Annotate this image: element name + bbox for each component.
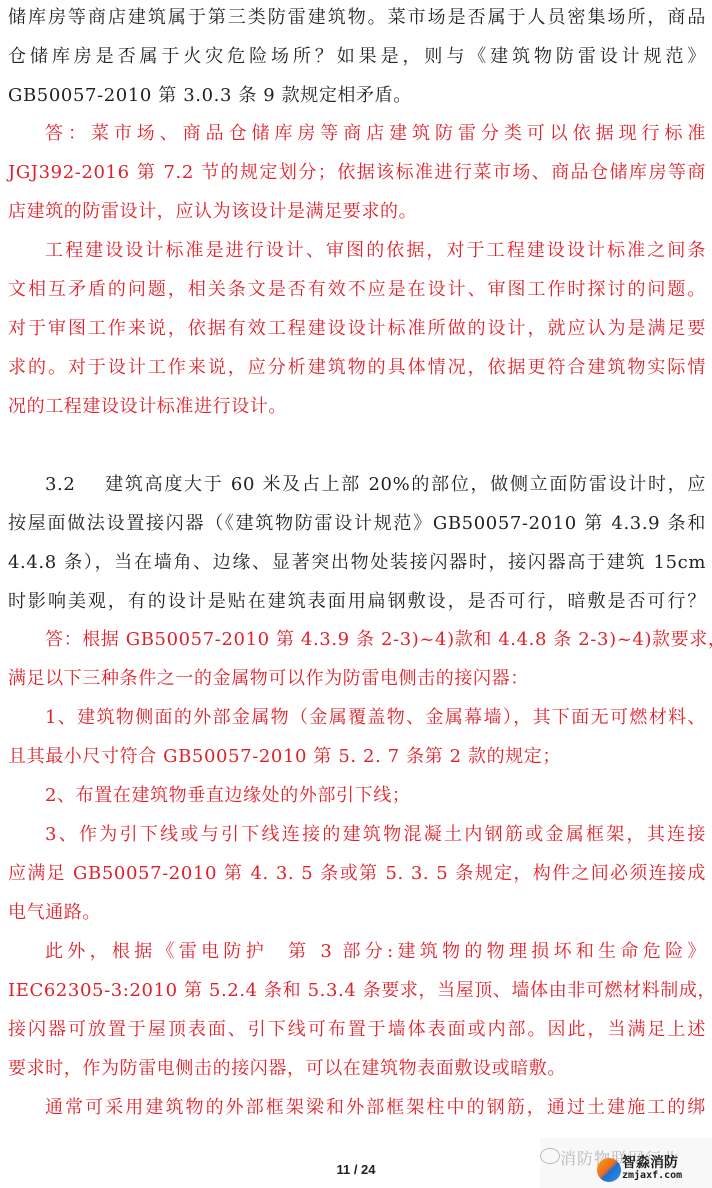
brand-logo-title: 智淼消防 <box>622 1152 678 1172</box>
text-line: 仓储库房是否属于火灾危险场所？如果是，则与《建筑物防雷设计规范》 <box>8 45 706 69</box>
condition-line: 1、建筑物侧面的外部金属物（金属覆盖物、金属幕墙），其下面无可燃材料、 <box>45 706 706 730</box>
answer-line: 对于审图工作来说，依据有效工程建设设计标准所做的设计，就应认为是满足要 <box>8 317 706 341</box>
condition-line: 2、布置在建筑物垂直边缘处的外部引下线； <box>45 784 706 808</box>
condition-line: 电气通路。 <box>8 901 706 925</box>
answer-line: 答：菜市场、商品仓储库房等商店建筑防雷分类可以依据现行标准 <box>45 122 706 146</box>
answer-line: JGJ392-2016 第 7.2 节的规定划分；依据该标准进行菜市场、商品仓储… <box>8 161 706 185</box>
question-line: 3.2 建筑高度大于 60 米及占上部 20%的部位，做侧立面防雷设计时，应 <box>45 473 706 497</box>
answer-line: 文相互矛盾的问题，相关条文是否有效不应是在设计、审图工作时探讨的问题。 <box>8 278 706 302</box>
question-line: 按屋面做法设置接闪器（《建筑物防雷设计规范》GB50057-2010 第 4.3… <box>8 512 706 536</box>
answer-line: 况的工程建设设计标准进行设计。 <box>8 395 706 419</box>
wechat-icon <box>540 1148 560 1164</box>
answer-line: 求的。对于设计工作来说，应分析建筑物的具体情况，依据更符合建筑物实际情 <box>8 356 706 380</box>
answer-line: 答：根据 GB50057-2010 第 4.3.9 条 2-3)~4)款和 4.… <box>45 628 706 652</box>
document-page: 储库房等商店建筑属于第三类防雷建筑物。菜市场是否属于人员密集场所，商品 仓储库房… <box>0 0 712 1188</box>
condition-line: 应满足 GB50057-2010 第 4. 3. 5 条或第 5. 3. 5 条… <box>8 862 706 886</box>
answer-line: 通常可采用建筑物的外部框架梁和外部框架柱中的钢筋，通过土建施工的绑 <box>45 1096 706 1120</box>
question-line: 4.4.8 条），当在墙角、边缘、显著突出物处装接闪器时，接闪器高于建筑 15c… <box>8 551 706 575</box>
answer-line: 此外，根据《雷电防护 第 3 部分:建筑物的物理损坏和生命危险》 <box>45 940 706 964</box>
text-line: GB50057-2010 第 3.0.3 条 9 款规定相矛盾。 <box>8 84 706 108</box>
answer-line: 满足以下三种条件之一的金属物可以作为防雷电侧击的接闪器： <box>8 667 706 691</box>
question-line: 时影响美观，有的设计是贴在建筑表面用扁钢敷设，是否可行，暗敷是否可行？ <box>8 590 706 614</box>
answer-line: 要求时，作为防雷电侧击的接闪器，可以在建筑物表面敷设或暗敷。 <box>8 1057 706 1081</box>
brand-logo-icon <box>597 1158 621 1182</box>
text-line: 储库房等商店建筑属于第三类防雷建筑物。菜市场是否属于人员密集场所，商品 <box>8 6 706 30</box>
condition-line: 3、作为引下线或与引下线连接的建筑物混凝土内钢筋或金属框架，其连接 <box>45 823 706 847</box>
condition-line: 且其最小尺寸符合 GB50057-2010 第 5. 2. 7 条第 2 款的规… <box>8 745 706 769</box>
brand-logo-url: zmjaxf.com <box>622 1170 682 1181</box>
answer-line: 接闪器可放置于屋顶表面、引下线可布置于墙体表面或内部。因此，当满足上述 <box>8 1018 706 1042</box>
answer-line: 工程建设设计标准是进行设计、审图的依据，对于工程建设设计标准之间条 <box>45 239 706 263</box>
answer-line: IEC62305-3:2010 第 5.2.4 条和 5.3.4 条要求，当屋顶… <box>8 979 706 1003</box>
answer-line: 店建筑的防雷设计，应认为该设计是满足要求的。 <box>8 200 706 224</box>
